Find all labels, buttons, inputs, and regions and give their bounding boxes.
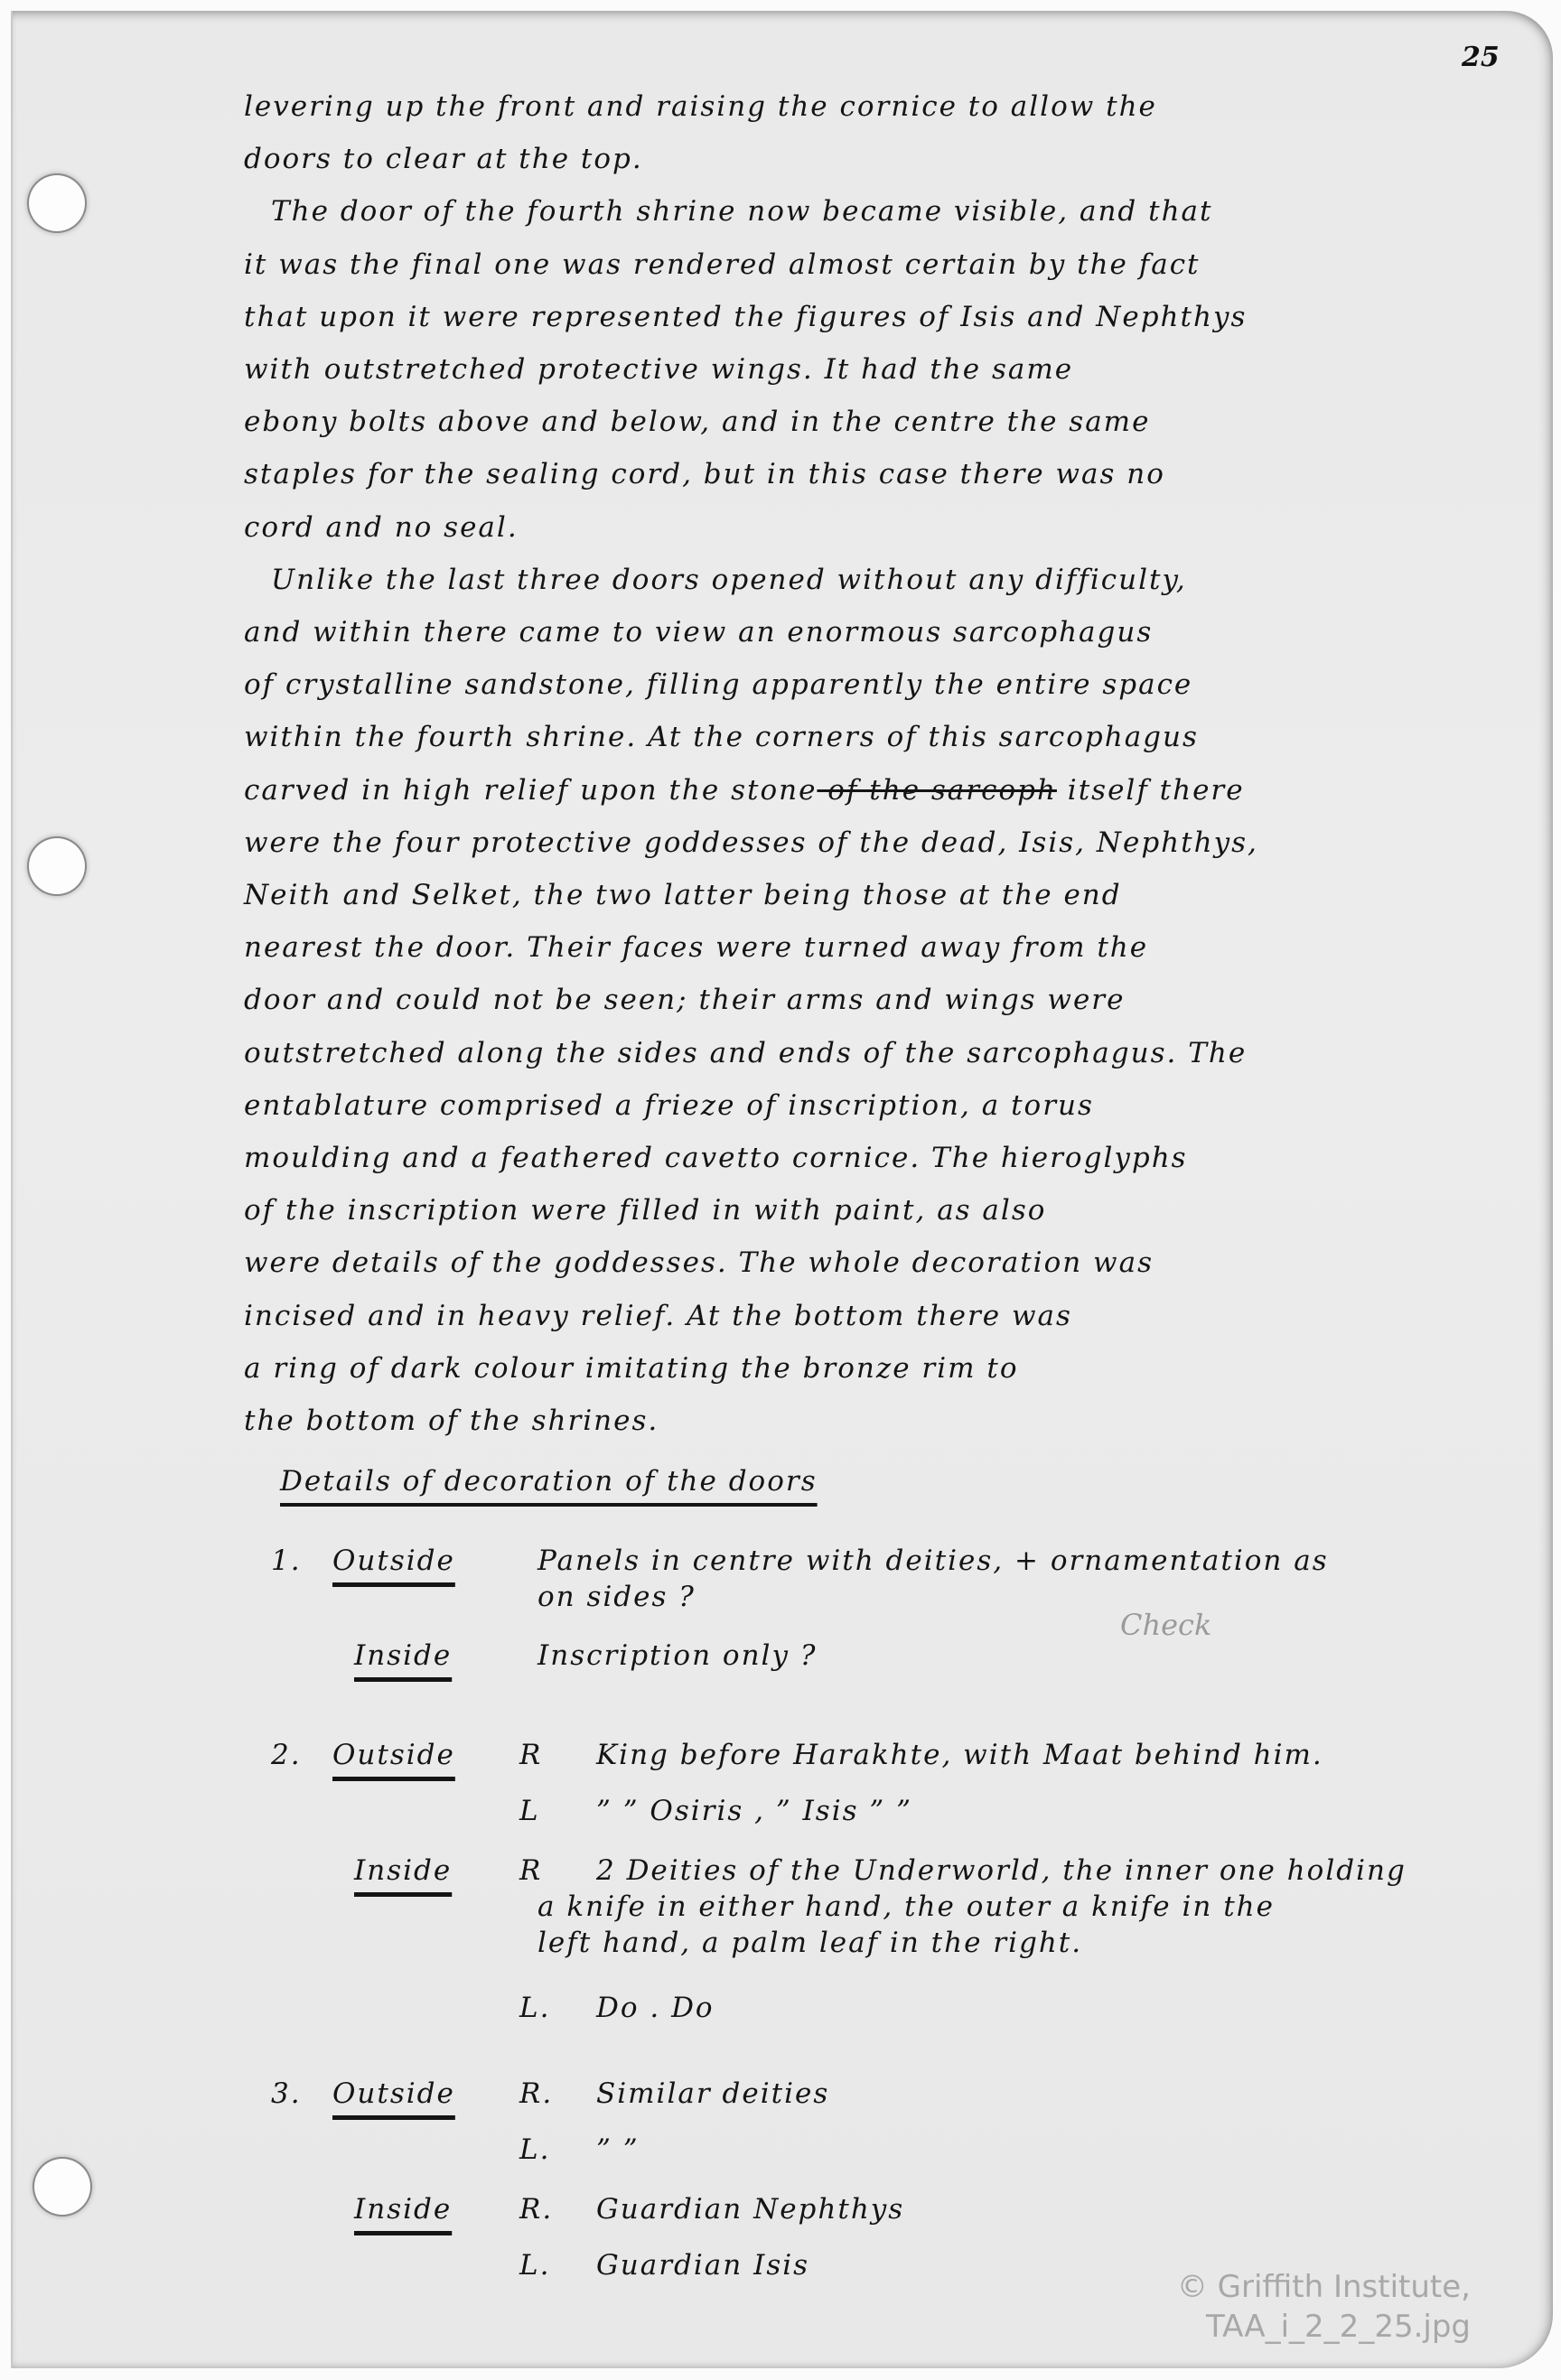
punch-hole xyxy=(29,838,85,894)
line-text: Neith and Selket, the two latter being t… xyxy=(244,879,1122,911)
left-right-marker: R. xyxy=(519,2193,553,2226)
handwritten-line: it was the final one was rendered almost… xyxy=(244,248,1201,281)
left-right-marker: L. xyxy=(519,2249,550,2282)
handwritten-line: entablature comprised a frieze of inscri… xyxy=(244,1089,1094,1122)
line-text: entablature comprised a frieze of inscri… xyxy=(244,1089,1094,1122)
punch-hole xyxy=(34,2159,90,2215)
door-side-label: Outside xyxy=(332,2077,455,2110)
handwritten-line: and within there came to view an enormou… xyxy=(244,616,1153,649)
pencil-note: Check xyxy=(1120,1608,1211,1642)
line-text: The door of the fourth shrine now became… xyxy=(271,195,1213,228)
struck-text: of the sarcoph xyxy=(817,774,1057,807)
line-text: doors to clear at the top. xyxy=(244,143,643,175)
entry-description: 2 Deities of the Underworld, the inner o… xyxy=(596,1854,1407,1887)
entry-description: Guardian Isis xyxy=(596,2249,809,2282)
line-text: with outstretched protective wings. It h… xyxy=(244,353,1073,386)
left-right-marker: L. xyxy=(519,2133,550,2166)
handwritten-line: incised and in heavy relief. At the bott… xyxy=(244,1300,1072,1332)
handwritten-line: cord and no seal. xyxy=(244,511,519,544)
door-side-label: Outside xyxy=(332,1545,455,1577)
entry-description: ” ” xyxy=(596,2133,640,2166)
handwritten-line: of the inscription were filled in with p… xyxy=(244,1194,1046,1227)
handwritten-line: outstretched along the sides and ends of… xyxy=(244,1037,1247,1069)
handwritten-line: were details of the goddesses. The whole… xyxy=(244,1246,1154,1279)
entry-number: 3. xyxy=(271,2077,302,2110)
entry-description: Do . Do xyxy=(596,1992,715,2024)
door-side-label: Inside xyxy=(354,1854,452,1887)
entry-description: a knife in either hand, the outer a knif… xyxy=(537,1890,1275,1923)
watermark-line-2: TAA_i_2_2_25.jpg xyxy=(1177,2307,1471,2347)
page-number: 25 xyxy=(1462,42,1500,73)
line-text: cord and no seal. xyxy=(244,511,519,544)
line-text: itself there xyxy=(1057,774,1245,807)
entry-description: Similar deities xyxy=(596,2077,829,2110)
left-right-marker: L xyxy=(519,1795,540,1827)
punch-hole xyxy=(29,175,85,231)
handwritten-line: door and could not be seen; their arms a… xyxy=(244,984,1125,1016)
handwritten-line: carved in high relief upon the stone of … xyxy=(244,774,1245,807)
handwritten-line: ebony bolts above and below, and in the … xyxy=(244,406,1150,438)
handwritten-line: staples for the sealing cord, but in thi… xyxy=(244,458,1165,490)
left-right-marker: R xyxy=(519,1739,542,1771)
line-text: door and could not be seen; their arms a… xyxy=(244,984,1125,1016)
handwritten-line: with outstretched protective wings. It h… xyxy=(244,353,1073,386)
line-text: moulding and a feathered cavetto cornice… xyxy=(244,1142,1188,1174)
entry-description: Panels in centre with deities, + ornamen… xyxy=(537,1545,1329,1577)
left-right-marker: R xyxy=(519,1854,542,1887)
door-side-label: Inside xyxy=(354,2193,452,2226)
entry-description: Inscription only ? xyxy=(537,1639,817,1672)
handwritten-line: moulding and a feathered cavetto cornice… xyxy=(244,1142,1188,1174)
line-text: of crystalline sandstone, filling appare… xyxy=(244,668,1192,701)
handwritten-line: a ring of dark colour imitating the bron… xyxy=(244,1352,1019,1385)
entry-description: Guardian Nephthys xyxy=(596,2193,904,2226)
line-text: levering up the front and raising the co… xyxy=(244,90,1157,123)
handwritten-line: nearest the door. Their faces were turne… xyxy=(244,931,1148,964)
handwritten-line: were the four protective goddesses of th… xyxy=(244,826,1258,859)
handwritten-line: that upon it were represented the figure… xyxy=(244,301,1247,333)
entry-description: left hand, a palm leaf in the right. xyxy=(537,1927,1082,1959)
entry-description: ” ” Osiris , ” Isis ” ” xyxy=(596,1795,912,1827)
line-text: within the fourth shrine. At the corners… xyxy=(244,721,1199,753)
line-text: it was the final one was rendered almost… xyxy=(244,248,1201,281)
line-text: the bottom of the shrines. xyxy=(244,1405,659,1437)
handwritten-line: of crystalline sandstone, filling appare… xyxy=(244,668,1192,701)
entry-description: King before Harakhte, with Maat behind h… xyxy=(596,1739,1323,1771)
handwritten-line: The door of the fourth shrine now became… xyxy=(271,195,1213,228)
door-side-label: Inside xyxy=(354,1639,452,1672)
handwritten-line: Unlike the last three doors opened witho… xyxy=(271,564,1187,596)
section-heading: Details of decoration of the doors xyxy=(280,1465,818,1498)
line-text: Unlike the last three doors opened witho… xyxy=(271,564,1187,596)
door-side-label: Outside xyxy=(332,1739,455,1771)
watermark-line-1: © Griffith Institute, xyxy=(1177,2267,1471,2307)
line-text: a ring of dark colour imitating the bron… xyxy=(244,1352,1019,1385)
left-right-marker: R. xyxy=(519,2077,553,2110)
entry-number: 2. xyxy=(271,1739,302,1771)
copyright-watermark: © Griffith Institute, TAA_i_2_2_25.jpg xyxy=(1177,2267,1471,2347)
line-text: staples for the sealing cord, but in thi… xyxy=(244,458,1165,490)
line-text: were details of the goddesses. The whole… xyxy=(244,1246,1154,1279)
handwritten-line: levering up the front and raising the co… xyxy=(244,90,1157,123)
handwritten-line: Neith and Selket, the two latter being t… xyxy=(244,879,1122,911)
line-text: outstretched along the sides and ends of… xyxy=(244,1037,1247,1069)
entry-description: on sides ? xyxy=(537,1581,696,1613)
entry-number: 1. xyxy=(271,1545,302,1577)
line-text: that upon it were represented the figure… xyxy=(244,301,1247,333)
line-text: incised and in heavy relief. At the bott… xyxy=(244,1300,1072,1332)
left-right-marker: L. xyxy=(519,1992,550,2024)
handwritten-line: within the fourth shrine. At the corners… xyxy=(244,721,1199,753)
handwritten-line: doors to clear at the top. xyxy=(244,143,643,175)
line-text: ebony bolts above and below, and in the … xyxy=(244,406,1150,438)
line-text: of the inscription were filled in with p… xyxy=(244,1194,1046,1227)
line-text: carved in high relief upon the stone xyxy=(244,774,817,807)
line-text: were the four protective goddesses of th… xyxy=(244,826,1258,859)
line-text: nearest the door. Their faces were turne… xyxy=(244,931,1148,964)
handwritten-line: the bottom of the shrines. xyxy=(244,1405,659,1437)
line-text: and within there came to view an enormou… xyxy=(244,616,1153,649)
